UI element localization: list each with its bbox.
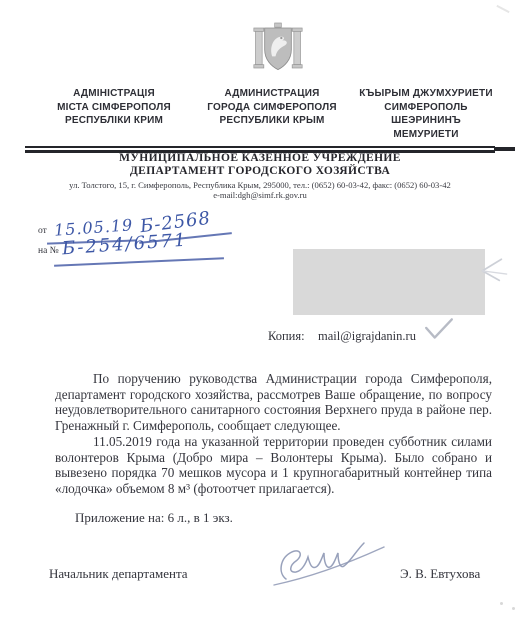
letterhead-line: АДМИНИСТРАЦИЯ: [196, 87, 348, 101]
org-name-line2: ДЕПАРТАМЕНТ ГОРОДСКОГО ХОЗЯЙСТВА: [0, 165, 520, 177]
double-rule-end-dash: [494, 147, 515, 151]
letterhead-line: КЪЫРЫМ ДЖУМХУРИЕТИ: [344, 87, 508, 101]
reply-to-number-label: на №: [38, 246, 59, 256]
copy-label: Копия:: [268, 329, 305, 344]
letterhead-line: РЕСПУБЛИКИ КРЫМ: [196, 114, 348, 128]
handwritten-signature: [272, 538, 387, 592]
letter-body: По поручению руководства Администрации г…: [55, 371, 492, 497]
org-name-line1: МУНИЦИПАЛЬНОЕ КАЗЕННОЕ УЧРЕЖДЕНИЕ: [0, 152, 520, 164]
attachment-note: Приложение на: 6 л., в 1 экз.: [75, 510, 233, 526]
outgoing-from-label: от: [38, 226, 47, 236]
letterhead-line: РЕСПУБЛІКИ КРИМ: [28, 114, 200, 128]
letterhead-line: ГОРОДА СИМФЕРОПОЛЯ: [196, 101, 348, 115]
copy-email-value: mail@igrajdanin.ru: [318, 329, 416, 344]
org-email: e-mail:dgh@simf.rk.gov.ru: [0, 190, 520, 200]
coat-of-arms-emblem: [253, 20, 303, 76]
handwritten-underline: [54, 257, 224, 266]
letterhead-line: АДМІНІСТРАЦІЯ: [28, 87, 200, 101]
letterhead-line: ШЕЭРИНИНЪ: [344, 114, 508, 128]
signer-name: Э. В. Евтухова: [400, 566, 480, 582]
letterhead-line: МЕМУРИЕТИ: [344, 128, 508, 142]
letterhead-crimean-tatar: КЪЫРЫМ ДЖУМХУРИЕТИ СИМФЕРОПОЛЬ ШЕЭРИНИНЪ…: [344, 87, 508, 141]
scan-speck: [512, 607, 515, 610]
org-address: ул. Толстого, 15, г. Симферополь, Респуб…: [0, 180, 520, 190]
body-paragraph-1: По поручению руководства Администрации г…: [55, 371, 492, 434]
signer-position-title: Начальник департамента: [49, 566, 188, 582]
scan-smudge: [496, 5, 509, 13]
griffin-shield-icon: [253, 20, 303, 76]
pencil-checkmark-icon: [423, 317, 455, 341]
scanned-letter-page: АДМІНІСТРАЦІЯ МІСТА СІМФЕРОПОЛЯ РЕСПУБЛІ…: [0, 0, 520, 640]
letterhead-russian: АДМИНИСТРАЦИЯ ГОРОДА СИМФЕРОПОЛЯ РЕСПУБЛ…: [196, 87, 348, 128]
letterhead-line: СИМФЕРОПОЛЬ: [344, 101, 508, 115]
pencil-arrow-mark: [478, 255, 510, 291]
body-paragraph-2: 11.05.2019 года на указанной территории …: [55, 434, 492, 497]
redaction-box: [293, 249, 485, 315]
letterhead-ukrainian: АДМІНІСТРАЦІЯ МІСТА СІМФЕРОПОЛЯ РЕСПУБЛІ…: [28, 87, 200, 128]
scan-speck: [500, 602, 503, 605]
letterhead-line: МІСТА СІМФЕРОПОЛЯ: [28, 101, 200, 115]
